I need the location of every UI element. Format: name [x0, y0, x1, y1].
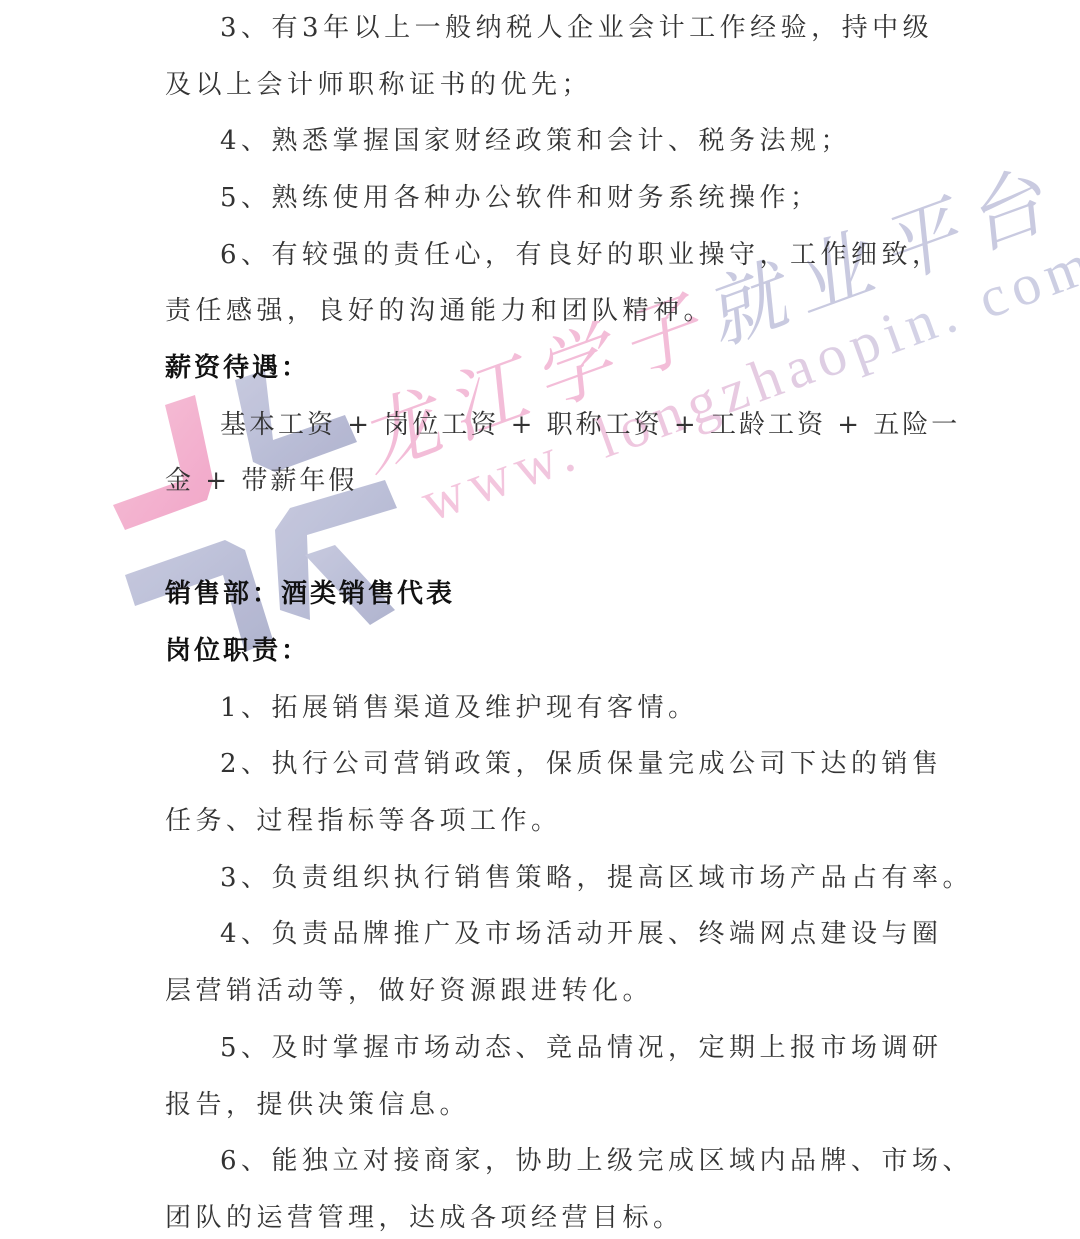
duty-4-line2: 层营销活动等，做好资源跟进转化。 [165, 975, 653, 1007]
duty-6-line1: 6、能独立对接商家，协助上级完成区域内品牌、市场、 [220, 1145, 973, 1177]
duty-5-line2: 报告，提供决策信息。 [165, 1089, 470, 1121]
duty-2-line1: 2、执行公司营销政策，保质保量完成公司下达的销售 [220, 748, 943, 780]
duty-2-line2: 任务、过程指标等各项工作。 [165, 805, 562, 837]
requirement-4: 4、熟悉掌握国家财经政策和会计、税务法规； [220, 125, 851, 157]
duty-3: 3、负责组织执行销售策略，提高区域市场产品占有率。 [220, 862, 973, 894]
duty-4-line1: 4、负责品牌推广及市场活动开展、终端网点建设与圈 [220, 918, 943, 950]
requirement-3-line1: 3、有3年以上一般纳税人企业会计工作经验，持中级 [220, 12, 933, 44]
salary-line2: 金 + 带薪年假 [165, 465, 357, 497]
duty-6-line2: 团队的运营管理，达成各项经营目标。 [165, 1202, 684, 1234]
requirement-6-line2: 责任感强，良好的沟通能力和团队精神。 [165, 295, 714, 327]
document-page: 龙江学子就业平台 www. longzhaopin. com 3、有3年以上一般… [0, 0, 1080, 1239]
duty-1: 1、拓展销售渠道及维护现有客情。 [220, 692, 699, 724]
duty-5-line1: 5、及时掌握市场动态、竞品情况，定期上报市场调研 [220, 1032, 943, 1064]
position-title: 销售部：酒类销售代表 [165, 578, 455, 610]
requirement-6-line1: 6、有较强的责任心，有良好的职业操守，工作细致， [220, 239, 943, 271]
duties-heading: 岗位职责： [165, 635, 310, 667]
requirement-5: 5、熟练使用各种办公软件和财务系统操作； [220, 182, 821, 214]
salary-line1: 基本工资 + 岗位工资 + 职称工资 + 工龄工资 + 五险一 [220, 409, 960, 441]
salary-heading: 薪资待遇： [165, 352, 310, 384]
requirement-3-line2: 及以上会计师职称证书的优先； [165, 69, 592, 101]
